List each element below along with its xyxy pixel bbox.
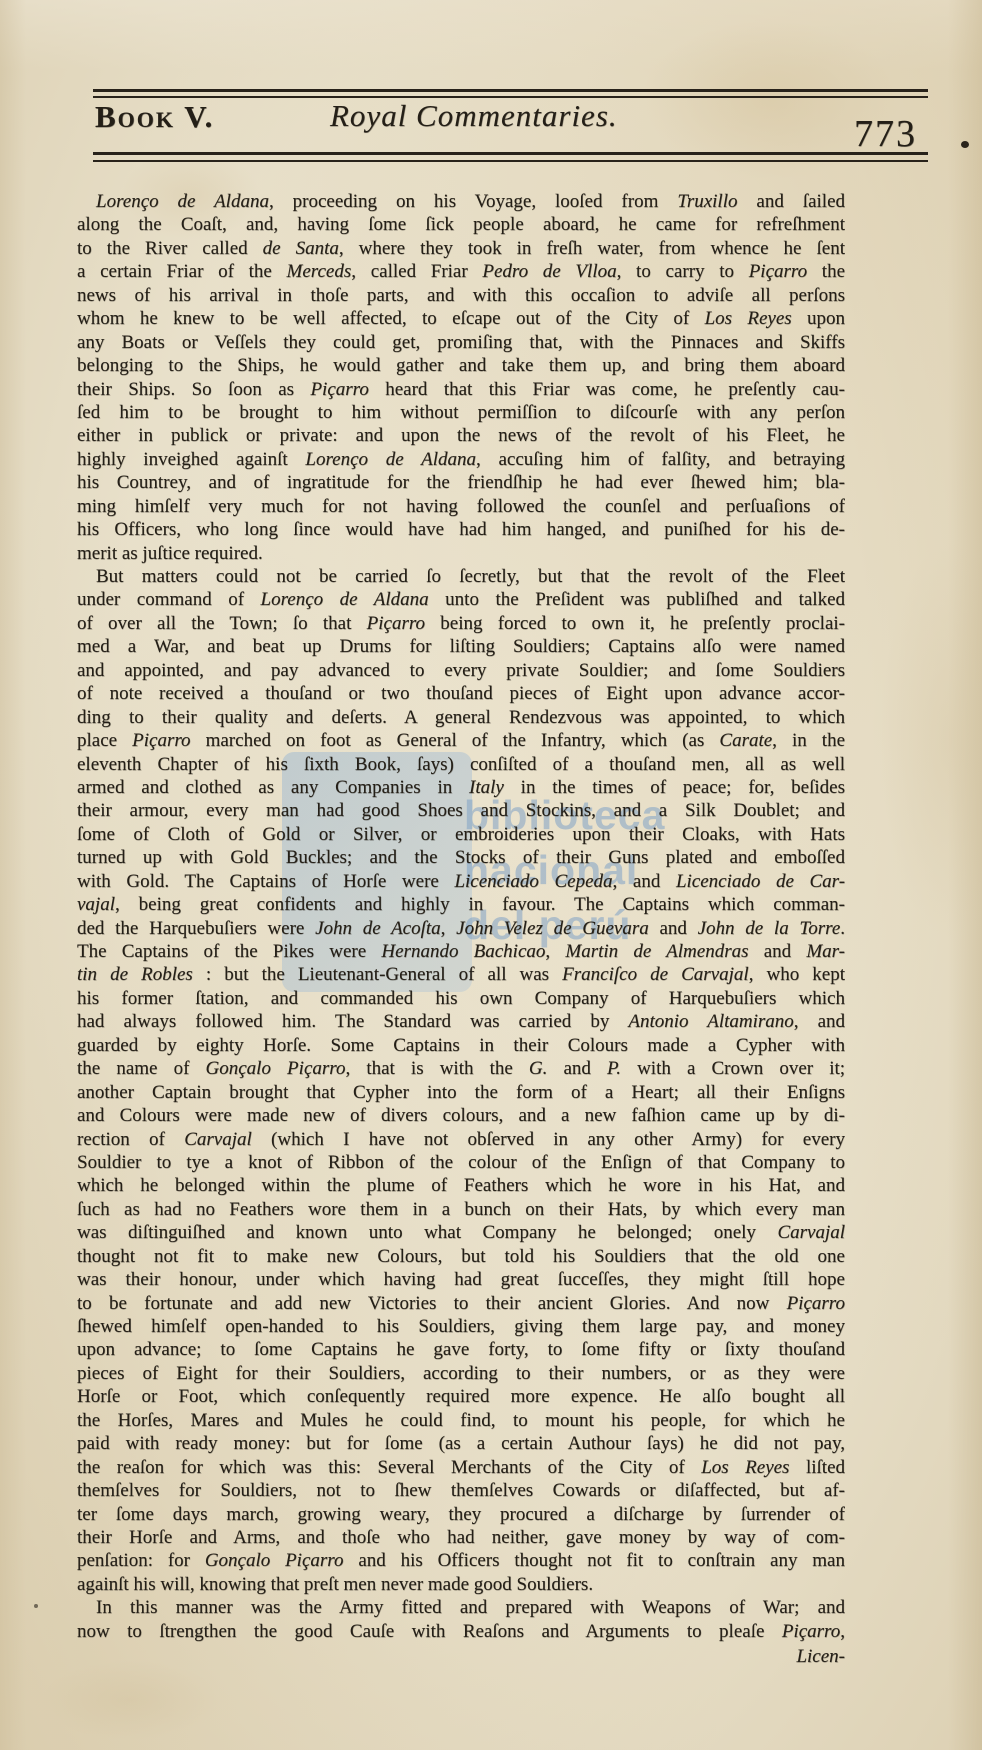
- text-segment: Souldier to tye a knot of Ribbon of the …: [77, 1152, 845, 1173]
- text-line: of note received a thouſand or two thouſ…: [77, 682, 845, 705]
- text-segment: with Gold. The Captains of Horſe were: [77, 871, 454, 892]
- text-segment: Horſe or Foot, which conſequently requir…: [77, 1386, 845, 1407]
- text-segment: his former ſtation, and commanded his ow…: [77, 988, 845, 1009]
- italic-text-segment: Antonio Altamirano: [628, 1011, 793, 1032]
- text-segment: , in the: [772, 730, 845, 751]
- text-segment: his Countrey, and of ingratitude for the…: [77, 472, 845, 493]
- italic-text-segment: Lorenço de Aldana: [261, 589, 429, 610]
- text-line: armed and clothed as any Companies in It…: [77, 776, 845, 799]
- text-segment: , and: [794, 1011, 845, 1032]
- text-line: thought not fit to make new Colours, but…: [77, 1245, 845, 1268]
- italic-text-segment: John Velez de Guevara: [456, 918, 649, 939]
- running-title: Royal Commentaries.: [330, 98, 618, 134]
- text-segment: ,: [840, 1621, 845, 1642]
- text-segment: pieces of Eight for their Souldiers, acc…: [77, 1363, 845, 1384]
- text-line: was their honour, under which having had…: [77, 1268, 845, 1291]
- text-segment: eleventh Chapter of his ſixth Book, ſays…: [77, 754, 845, 775]
- italic-text-segment: Martin de Almendras: [565, 941, 748, 962]
- text-segment: : but the Lieutenant-General of all was: [193, 964, 562, 985]
- italic-text-segment: Piçarro: [132, 730, 190, 751]
- text-line: their Horſe and Arms, and thoſe who had …: [77, 1526, 845, 1549]
- italic-text-segment: Truxillo: [677, 191, 737, 212]
- italic-text-segment: John de la Torre: [698, 918, 841, 939]
- text-segment: The Captains of the Pikes were: [77, 941, 381, 962]
- text-segment: in the times of peace; for, beſides: [504, 777, 845, 798]
- text-segment: had always followed him. The Standard wa…: [77, 1011, 628, 1032]
- text-segment: upon advance; to ſome Captains he gave f…: [77, 1339, 845, 1360]
- text-line: a certain Friar of the Merceds, called F…: [77, 260, 845, 283]
- italic-text-segment: Hernando Bachicao: [381, 941, 545, 962]
- text-line: The Captains of the Pikes were Hernando …: [77, 940, 845, 963]
- italic-text-segment: Piçarro: [310, 379, 368, 400]
- text-segment: , that is with the: [345, 1058, 528, 1079]
- text-line: which he belonged within the plume of Fe…: [77, 1174, 845, 1197]
- italic-text-segment: vajal: [77, 894, 115, 915]
- text-segment: whom he knew to be well affected, to eſc…: [77, 308, 705, 329]
- italic-text-segment: G.: [529, 1058, 547, 1079]
- text-segment: merit as juſtice required.: [77, 543, 263, 564]
- italic-text-segment: P.: [607, 1058, 621, 1079]
- text-line: Souldier to tye a knot of Ribbon of the …: [77, 1151, 845, 1174]
- paper-stain: [880, 540, 982, 940]
- text-line: had always followed him. The Standard wa…: [77, 1010, 845, 1033]
- text-line: ſuch as had no Feathers wore them in a b…: [77, 1198, 845, 1221]
- text-segment: penſation: for: [77, 1550, 205, 1571]
- text-segment: paid with ready money: but for ſome (as …: [77, 1433, 845, 1454]
- text-segment: ſhewed himſelf open-handed to his Souldi…: [77, 1316, 845, 1337]
- text-segment: , who kept: [749, 964, 845, 985]
- text-segment: thought not fit to make new Colours, but…: [77, 1246, 845, 1267]
- text-line: Horſe or Foot, which conſequently requir…: [77, 1385, 845, 1408]
- text-segment: being forced to own it, he preſently pro…: [425, 613, 845, 634]
- text-segment: upon: [792, 308, 845, 329]
- text-line: the reaſon for which was this: Several M…: [77, 1456, 845, 1479]
- text-segment: ,: [441, 918, 456, 939]
- ink-spot: [34, 1604, 38, 1608]
- text-segment: themſelves for Souldiers, not to ſhew th…: [77, 1480, 845, 1501]
- header-rule-bottom: [93, 152, 928, 162]
- text-segment: to be fortunate and add new Victories to…: [77, 1293, 787, 1314]
- italic-text-segment: Carvajal: [184, 1129, 252, 1150]
- text-segment: with a Crown over it;: [621, 1058, 845, 1079]
- text-segment: rection of: [77, 1129, 184, 1150]
- ink-spot: [961, 141, 969, 148]
- text-line: to be fortunate and add new Victories to…: [77, 1292, 845, 1315]
- text-segment: another Captain brought that Cypher into…: [77, 1082, 845, 1103]
- italic-text-segment: Piçarro: [749, 261, 807, 282]
- text-segment: ming himſelf very much for not having fo…: [77, 496, 845, 517]
- text-segment: , and: [613, 871, 676, 892]
- text-segment: againſt his will, knowing that preſt men…: [77, 1574, 593, 1595]
- page-number: 773: [838, 112, 933, 156]
- text-segment: ſome of Cloth of Gold or Silver, or embr…: [77, 824, 845, 845]
- body-text: Lorenço de Aldana, proceeding on his Voy…: [77, 190, 845, 1643]
- text-segment: , being great confidents and highly in f…: [115, 894, 845, 915]
- italic-text-segment: Merceds: [287, 261, 352, 282]
- text-line: rection of Carvajal (which I have not ob…: [77, 1128, 845, 1151]
- italic-text-segment: Franciſco de Carvajal: [562, 964, 749, 985]
- text-segment: ded the Harquebuſiers were: [77, 918, 315, 939]
- italic-text-segment: Pedro de Vlloa: [482, 261, 616, 282]
- text-segment: their Ships. So ſoon as: [77, 379, 310, 400]
- text-line: merit as juſtice required.: [77, 542, 845, 565]
- header-rule-top: [93, 89, 928, 98]
- text-segment: his Officers, who long ſince would have …: [77, 519, 845, 540]
- italic-text-segment: Los Reyes: [705, 308, 792, 329]
- italic-text-segment: John de Acoſta: [315, 918, 441, 939]
- text-segment: marched on foot as General of the Infant…: [191, 730, 720, 751]
- text-segment: , called Friar: [351, 261, 482, 282]
- text-segment: their armour, every man had good Shoes a…: [77, 800, 845, 821]
- text-line: againſt his will, knowing that preſt men…: [77, 1573, 845, 1596]
- text-segment: any Boats or Veſſels they could get, pro…: [77, 332, 845, 353]
- text-segment: unto the Preſident was publiſhed and tal…: [429, 589, 845, 610]
- text-segment: along the Coaſt, and, having ſome ſick p…: [77, 214, 845, 235]
- text-line: themſelves for Souldiers, not to ſhew th…: [77, 1479, 845, 1502]
- text-segment: either in publick or private: and upon t…: [77, 425, 845, 446]
- text-segment: was diſtinguiſhed and known unto what Co…: [77, 1222, 777, 1243]
- text-segment: and: [748, 941, 806, 962]
- text-segment: highly inveighed againſt: [77, 449, 305, 470]
- text-line: tin de Robles : but the Lieutenant-Gener…: [77, 963, 845, 986]
- text-line: guarded by eighty Horſe. Some Captains i…: [77, 1034, 845, 1057]
- text-segment: heard that this Friar was come, he preſe…: [369, 379, 845, 400]
- text-segment: ſuch as had no Feathers wore them in a b…: [77, 1199, 845, 1220]
- italic-text-segment: Gonçalo Piçarro: [206, 1058, 346, 1079]
- text-segment: In this manner was the Army fitted and p…: [96, 1597, 845, 1618]
- text-line: now to ſtrengthen the good Cauſe with Re…: [77, 1620, 845, 1643]
- text-line: turned up with Gold Buckles; and the Sto…: [77, 846, 845, 869]
- text-line: highly inveighed againſt Lorenço de Alda…: [77, 448, 845, 471]
- text-line: along the Coaſt, and, having ſome ſick p…: [77, 213, 845, 236]
- text-segment: their Horſe and Arms, and thoſe who had …: [77, 1527, 845, 1548]
- italic-text-segment: Licenciado Cepeda: [454, 871, 612, 892]
- text-line: ding to their quality and deſerts. A gen…: [77, 706, 845, 729]
- text-segment: ſed him to be brought to him without per…: [77, 402, 845, 423]
- italic-text-segment: de Santa: [263, 238, 339, 259]
- italic-text-segment: Piçarro: [782, 1621, 840, 1642]
- text-line: eleventh Chapter of his ſixth Book, ſays…: [77, 753, 845, 776]
- text-line: But matters could not be carried ſo ſecr…: [77, 565, 845, 588]
- paper-stain: [40, 1660, 220, 1740]
- text-segment: and appointed, and pay advanced to every…: [77, 660, 845, 681]
- text-line: Lorenço de Aldana, proceeding on his Voy…: [77, 190, 845, 213]
- text-line: another Captain brought that Cypher into…: [77, 1081, 845, 1104]
- text-segment: now to ſtrengthen the good Cauſe with Re…: [77, 1621, 782, 1642]
- italic-text-segment: Lorenço de Aldana: [96, 191, 269, 212]
- italic-text-segment: Licenciado de Car-: [676, 871, 845, 892]
- italic-text-segment: Italy: [469, 777, 504, 798]
- text-segment: med a War, and beat up Drums for liſting…: [77, 636, 845, 657]
- text-line: to the River called de Santa, where they…: [77, 237, 845, 260]
- text-line: his former ſtation, and commanded his ow…: [77, 987, 845, 1010]
- text-segment: , proceeding on his Voyage, looſed from: [269, 191, 677, 212]
- text-segment: liſted: [789, 1457, 845, 1478]
- text-line: his Officers, who long ſince would have …: [77, 518, 845, 541]
- text-line: under command of Lorenço de Aldana unto …: [77, 588, 845, 611]
- italic-text-segment: Piçarro: [367, 613, 425, 634]
- text-line: the Horſes, Mares and Mules he could fin…: [77, 1409, 845, 1432]
- text-segment: ter ſome days march, growing weary, they…: [77, 1504, 845, 1525]
- italic-text-segment: Piçarro: [787, 1293, 845, 1314]
- text-line: In this manner was the Army fitted and p…: [77, 1596, 845, 1619]
- text-line: news of his arrival in thoſe parts, and …: [77, 284, 845, 307]
- text-line: place Piçarro marched on foot as General…: [77, 729, 845, 752]
- text-segment: belonging to the Ships, he would gather …: [77, 355, 845, 376]
- text-line: their Ships. So ſoon as Piçarro heard th…: [77, 378, 845, 401]
- text-line: ſhewed himſelf open-handed to his Souldi…: [77, 1315, 845, 1338]
- text-segment: was their honour, under which having had…: [77, 1269, 845, 1290]
- text-line: ded the Harquebuſiers were John de Acoſt…: [77, 917, 845, 940]
- text-segment: , to carry to: [617, 261, 749, 282]
- text-segment: place: [77, 730, 132, 751]
- text-segment: the reaſon for which was this: Several M…: [77, 1457, 701, 1478]
- text-segment: and: [547, 1058, 607, 1079]
- italic-text-segment: Gonçalo Piçarro: [205, 1550, 344, 1571]
- text-line: was diſtinguiſhed and known unto what Co…: [77, 1221, 845, 1244]
- text-segment: a certain Friar of the: [77, 261, 287, 282]
- text-line: ter ſome days march, growing weary, they…: [77, 1503, 845, 1526]
- book-label: Book V.: [95, 99, 214, 135]
- text-segment: of over all the Town; ſo that: [77, 613, 367, 634]
- text-segment: , where they took in freſh water, from w…: [339, 238, 845, 259]
- text-segment: under command of: [77, 589, 261, 610]
- text-line: belonging to the Ships, he would gather …: [77, 354, 845, 377]
- text-segment: to the River called: [77, 238, 263, 259]
- italic-text-segment: Carate: [719, 730, 772, 751]
- text-segment: armed and clothed as any Companies in: [77, 777, 469, 798]
- text-line: and Colours were made new of divers colo…: [77, 1104, 845, 1127]
- text-line: med a War, and beat up Drums for liſting…: [77, 635, 845, 658]
- text-segment: guarded by eighty Horſe. Some Captains i…: [77, 1035, 845, 1056]
- text-line: ſome of Cloth of Gold or Silver, or embr…: [77, 823, 845, 846]
- text-line: of over all the Town; ſo that Piçarro be…: [77, 612, 845, 635]
- text-segment: and his Officers thought not fit to conſ…: [343, 1550, 845, 1571]
- text-line: ming himſelf very much for not having fo…: [77, 495, 845, 518]
- text-segment: the Horſes, Mares and Mules he could fin…: [77, 1410, 845, 1431]
- text-line: vajal, being great confidents and highly…: [77, 893, 845, 916]
- italic-text-segment: Carvajal: [777, 1222, 845, 1243]
- text-segment: and: [649, 918, 698, 939]
- text-line: penſation: for Gonçalo Piçarro and his O…: [77, 1549, 845, 1572]
- text-line: the name of Gonçalo Piçarro, that is wit…: [77, 1057, 845, 1080]
- text-segment: ding to their quality and deſerts. A gen…: [77, 707, 845, 728]
- text-line: his Countrey, and of ingratitude for the…: [77, 471, 845, 494]
- text-segment: the: [807, 261, 845, 282]
- text-line: and appointed, and pay advanced to every…: [77, 659, 845, 682]
- italic-text-segment: Los Reyes: [701, 1457, 789, 1478]
- text-segment: But matters could not be carried ſo ſecr…: [96, 566, 845, 587]
- catchword: Licen-: [77, 1646, 845, 1668]
- text-line: with Gold. The Captains of Horſe were Li…: [77, 870, 845, 893]
- text-segment: , accuſing him of falſity, and betraying: [476, 449, 845, 470]
- text-line: their armour, every man had good Shoes a…: [77, 799, 845, 822]
- text-line: either in publick or private: and upon t…: [77, 424, 845, 447]
- text-line: upon advance; to ſome Captains he gave f…: [77, 1338, 845, 1361]
- text-segment: the name of: [77, 1058, 206, 1079]
- italic-text-segment: tin de Robles: [77, 964, 193, 985]
- text-segment: (which I have not obſerved in any other …: [252, 1129, 845, 1150]
- text-line: pieces of Eight for their Souldiers, acc…: [77, 1362, 845, 1385]
- text-segment: turned up with Gold Buckles; and the Sto…: [77, 847, 845, 868]
- text-segment: .: [840, 918, 845, 939]
- text-line: ſed him to be brought to him without per…: [77, 401, 845, 424]
- text-segment: ,: [545, 941, 565, 962]
- book-page: bibliotecanacionaldel perú Book V. Royal…: [0, 0, 982, 1750]
- italic-text-segment: Lorenço de Aldana: [305, 449, 476, 470]
- text-segment: which he belonged within the plume of Fe…: [77, 1175, 845, 1196]
- text-line: whom he knew to be well affected, to eſc…: [77, 307, 845, 330]
- text-line: paid with ready money: but for ſome (as …: [77, 1432, 845, 1455]
- text-segment: news of his arrival in thoſe parts, and …: [77, 285, 845, 306]
- text-segment: and ſailed: [738, 191, 846, 212]
- text-segment: and Colours were made new of divers colo…: [77, 1105, 845, 1126]
- text-line: any Boats or Veſſels they could get, pro…: [77, 331, 845, 354]
- italic-text-segment: Mar-: [806, 941, 845, 962]
- text-segment: of note received a thouſand or two thouſ…: [77, 683, 845, 704]
